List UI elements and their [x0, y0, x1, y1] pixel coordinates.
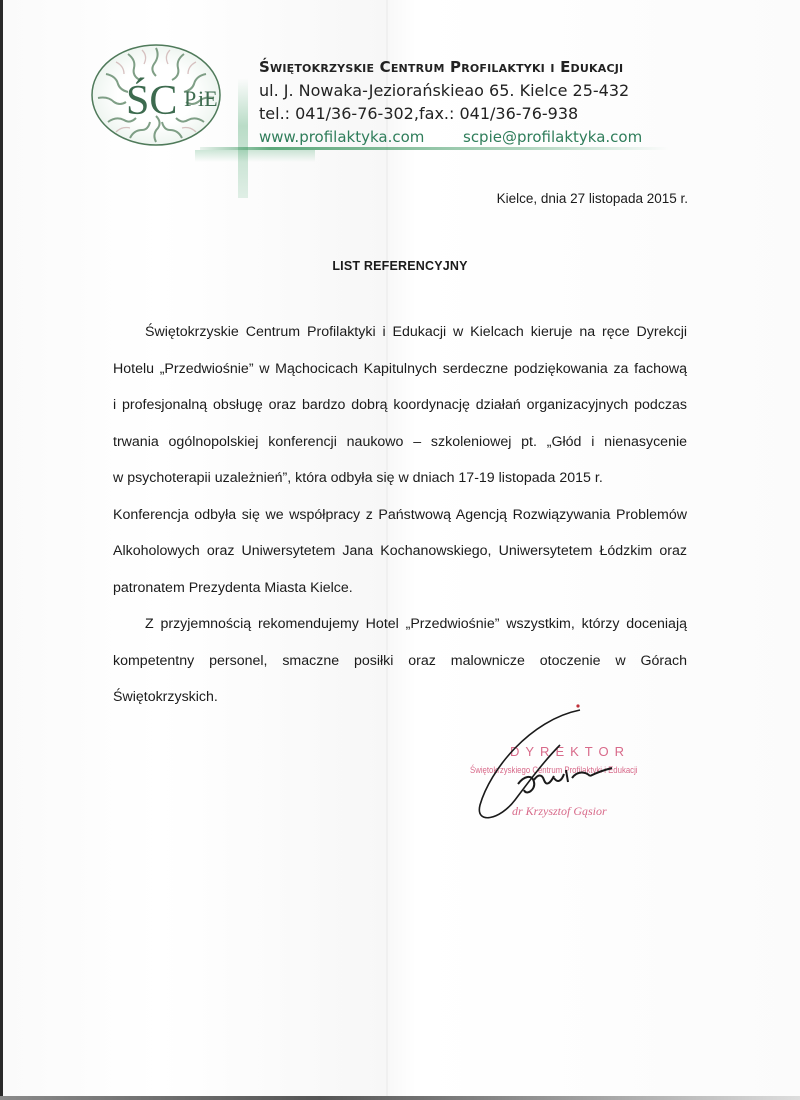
letter-date: Kielce, dnia 27 listopada 2015 r.	[497, 191, 688, 206]
scpie-logo: ŚC P iE	[88, 40, 238, 150]
fax-number: fax.: 041/36-76-938	[419, 104, 578, 123]
contact-phone-fax: tel.: 041/36-76-302, fax.: 041/36-76-938	[259, 104, 419, 123]
director-stamp: DYREKTOR Świętokrzyskiego Centrum Profil…	[470, 732, 710, 842]
body-line: i profesjonalną obsługę oraz bardzo dobr…	[113, 395, 687, 432]
stamp-signatory-name: dr Krzysztof Gąsior	[512, 804, 607, 819]
logo-text: ŚC	[126, 77, 177, 124]
letterhead-vertical-accent	[238, 78, 248, 198]
body-line: w psychoterapii uzależnień”, która odbył…	[113, 468, 687, 505]
organization-address: ul. J. Nowaka-Jeziorańskieao 65. Kielce …	[259, 81, 629, 100]
scan-edge-left	[0, 0, 3, 1100]
svg-text:P: P	[184, 86, 196, 111]
body-line: Konferencja odbyła się we współpracy z P…	[113, 505, 687, 542]
letter-body: Świętokrzyskie Centrum Profilaktyki i Ed…	[113, 322, 687, 724]
body-line: Świętokrzyskich.	[113, 687, 687, 724]
stamp-organization: Świętokrzyskiego Centrum Profilaktyki i …	[470, 765, 638, 776]
scanned-letter-page: ŚC P iE Świętokrzyskie Centrum Profilakt…	[0, 0, 800, 1100]
phone-number: tel.: 041/36-76-302,	[259, 104, 419, 123]
letter-title: LIST REFERENCYJNY	[0, 259, 800, 273]
body-line: kompetentny personel, smaczne posiłki or…	[113, 651, 687, 688]
stamp-title: DYREKTOR	[510, 744, 630, 759]
scan-edge-bottom	[0, 1096, 800, 1100]
body-line: Alkoholowych oraz Uniwersytetem Jana Koc…	[113, 541, 687, 578]
body-line: trwania ogólnopolskiej konferencji nauko…	[113, 432, 687, 469]
body-line: Z przyjemnością rekomendujemy Hotel „Prz…	[113, 614, 687, 651]
website-link[interactable]: www.profilaktyka.com	[259, 128, 424, 146]
email-link[interactable]: scpie@profilaktyka.com	[463, 128, 642, 146]
body-line: Świętokrzyskie Centrum Profilaktyki i Ed…	[113, 322, 687, 359]
svg-text:iE: iE	[198, 86, 218, 111]
body-line: Hotelu „Przedwiośnie” w Mąchocicach Kapi…	[113, 359, 687, 396]
organization-name: Świętokrzyskie Centrum Profilaktyki i Ed…	[259, 58, 623, 76]
body-line: patronatem Prezydenta Miasta Kielce.	[113, 578, 687, 615]
letterhead-divider-glow	[195, 150, 315, 162]
